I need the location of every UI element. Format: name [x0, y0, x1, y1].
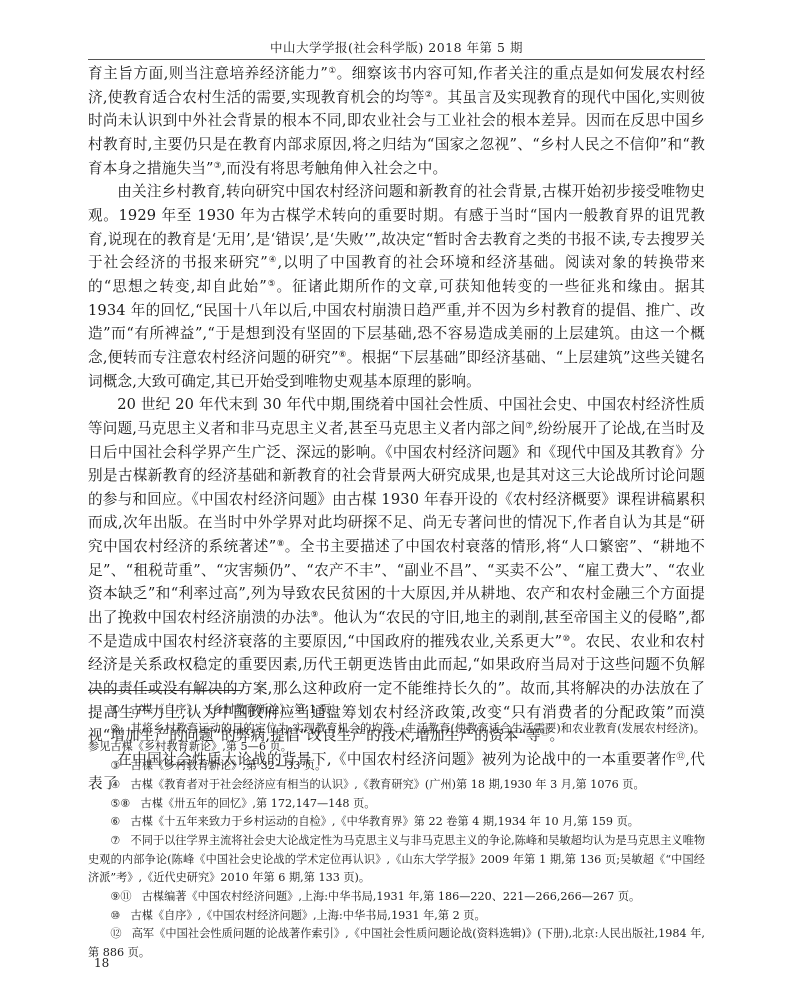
footnote-text: 不同于以往学界主流将社会史大论战定性为马克思主义与非马克思主义的争论,陈峰和吴敏…: [88, 834, 705, 884]
footnote-reference[interactable]: ④: [268, 255, 278, 265]
footnote-separator: [88, 690, 243, 691]
footnotes: ①古楳《自序》,《乡村教育新论》,第 1 页。②其将乡村教育运动的目的定位为:实…: [88, 701, 705, 963]
footnote-text: 古楳《自序》,《乡村教育新论》,第 1 页。: [131, 703, 343, 716]
footnote-mark: ⑤⑧: [110, 797, 130, 810]
footnote-item: ⑩古楳《自序》,《中国农村经济问题》,上海:中华书局,1931 年,第 2 页。: [88, 907, 705, 926]
text-run: 育主旨方面,则当注意培养经济能力”: [88, 65, 328, 82]
footnote-reference[interactable]: ⑤: [267, 279, 277, 289]
footnote-text: 古楳《卅五年的回忆》,第 172,147—148 页。: [141, 797, 376, 810]
footnote-item: ⑤⑧古楳《卅五年的回忆》,第 172,147—148 页。: [88, 795, 705, 814]
body-paragraph: 20 世纪 20 年代末到 30 年代中期,围绕着中国社会性质、中国社会史、中国…: [88, 393, 705, 748]
footnote-mark: ③: [110, 759, 120, 772]
footnote-item: ④古楳《教育者对于社会经济应有相当的认识》,《教育研究》(广州)第 18 期,1…: [88, 776, 705, 795]
footnote-reference[interactable]: ⑦: [525, 421, 533, 431]
text-run: ,而没有将思考触角伸入社会之中。: [221, 160, 447, 177]
body-text: 育主旨方面,则当注意培养经济能力”①。细察该书内容可知,作者关注的重点是如何发展…: [88, 62, 705, 795]
footnote-mark: ④: [110, 778, 120, 791]
footnote-mark: ①: [110, 703, 120, 716]
footnote-mark: ⑥: [110, 815, 120, 828]
footnote-reference[interactable]: ①: [328, 66, 337, 76]
footnote-mark: ⑦: [110, 834, 120, 847]
text-run: ,纷纷展开了论战,在当时及日后中国社会科学界产生广泛、深远的影响。《中国农村经济…: [88, 420, 705, 555]
footnote-mark: ②: [110, 722, 120, 735]
footnote-text: 古楳编著《中国农村经济问题》,上海:中华书局,1931 年,第 186—220、…: [142, 890, 641, 903]
footnote-item: ①古楳《自序》,《乡村教育新论》,第 1 页。: [88, 701, 705, 720]
footnote-item: ②其将乡村教育运动的目的定位为:实现教育机会的均等、生活教育(使教育适合生活需要…: [88, 720, 705, 757]
footnote-text: 古楳《自序》,《中国农村经济问题》,上海:中华书局,1931 年,第 2 页。: [131, 909, 486, 922]
footnote-text: 古楳《乡村教育新论》,第 32—33 页。: [131, 759, 327, 772]
footnote-item: ⑦不同于以往学界主流将社会史大论战定性为马克思主义与非马克思主义的争论,陈峰和吴…: [88, 832, 705, 888]
body-paragraph: 由关注乡村教育,转向研究中国农村经济问题和新教育的社会背景,古楳开始初步接受唯物…: [88, 180, 705, 393]
footnote-text: 古楳《十五年来致力于乡村运动的自检》,《中华教育界》第 22 卷第 4 期,19…: [131, 815, 639, 828]
footnote-mark: ⑨⑪: [110, 890, 131, 903]
footnote-reference[interactable]: ②: [425, 90, 433, 100]
footnote-mark: ⑫: [110, 927, 121, 940]
footnote-item: ③古楳《乡村教育新论》,第 32—33 页。: [88, 757, 705, 776]
footnote-mark: ⑩: [110, 909, 120, 922]
footnote-reference[interactable]: ⑩: [562, 634, 570, 644]
footnote-reference[interactable]: ⑥: [339, 350, 347, 360]
footnote-text: 古楳《教育者对于社会经济应有相当的认识》,《教育研究》(广州)第 18 期,19…: [131, 778, 645, 791]
footnote-reference[interactable]: ⑧: [276, 539, 284, 549]
footnote-text: 其将乡村教育运动的目的定位为:实现教育机会的均等、生活教育(使教育适合生活需要)…: [88, 722, 705, 754]
footnote-item: ⑫高军《中国社会性质问题的论战著作索引》,《中国社会性质问题论战(资料选辑)》(…: [88, 925, 705, 962]
footnote-item: ⑥古楳《十五年来致力于乡村运动的自检》,《中华教育界》第 22 卷第 4 期,1…: [88, 813, 705, 832]
running-head: 中山大学学报(社会科学版) 2018 年第 5 期: [88, 40, 705, 56]
header-rule: [88, 59, 705, 60]
footnote-item: ⑨⑪古楳编著《中国农村经济问题》,上海:中华书局,1931 年,第 186—22…: [88, 888, 705, 907]
body-paragraph: 育主旨方面,则当注意培养经济能力”①。细察该书内容可知,作者关注的重点是如何发展…: [88, 62, 705, 180]
footnote-reference[interactable]: ⑨: [311, 610, 319, 620]
page-number: 18: [94, 956, 109, 970]
footnote-text: 高军《中国社会性质问题的论战著作索引》,《中国社会性质问题论战(资料选辑)》(下…: [88, 927, 705, 959]
